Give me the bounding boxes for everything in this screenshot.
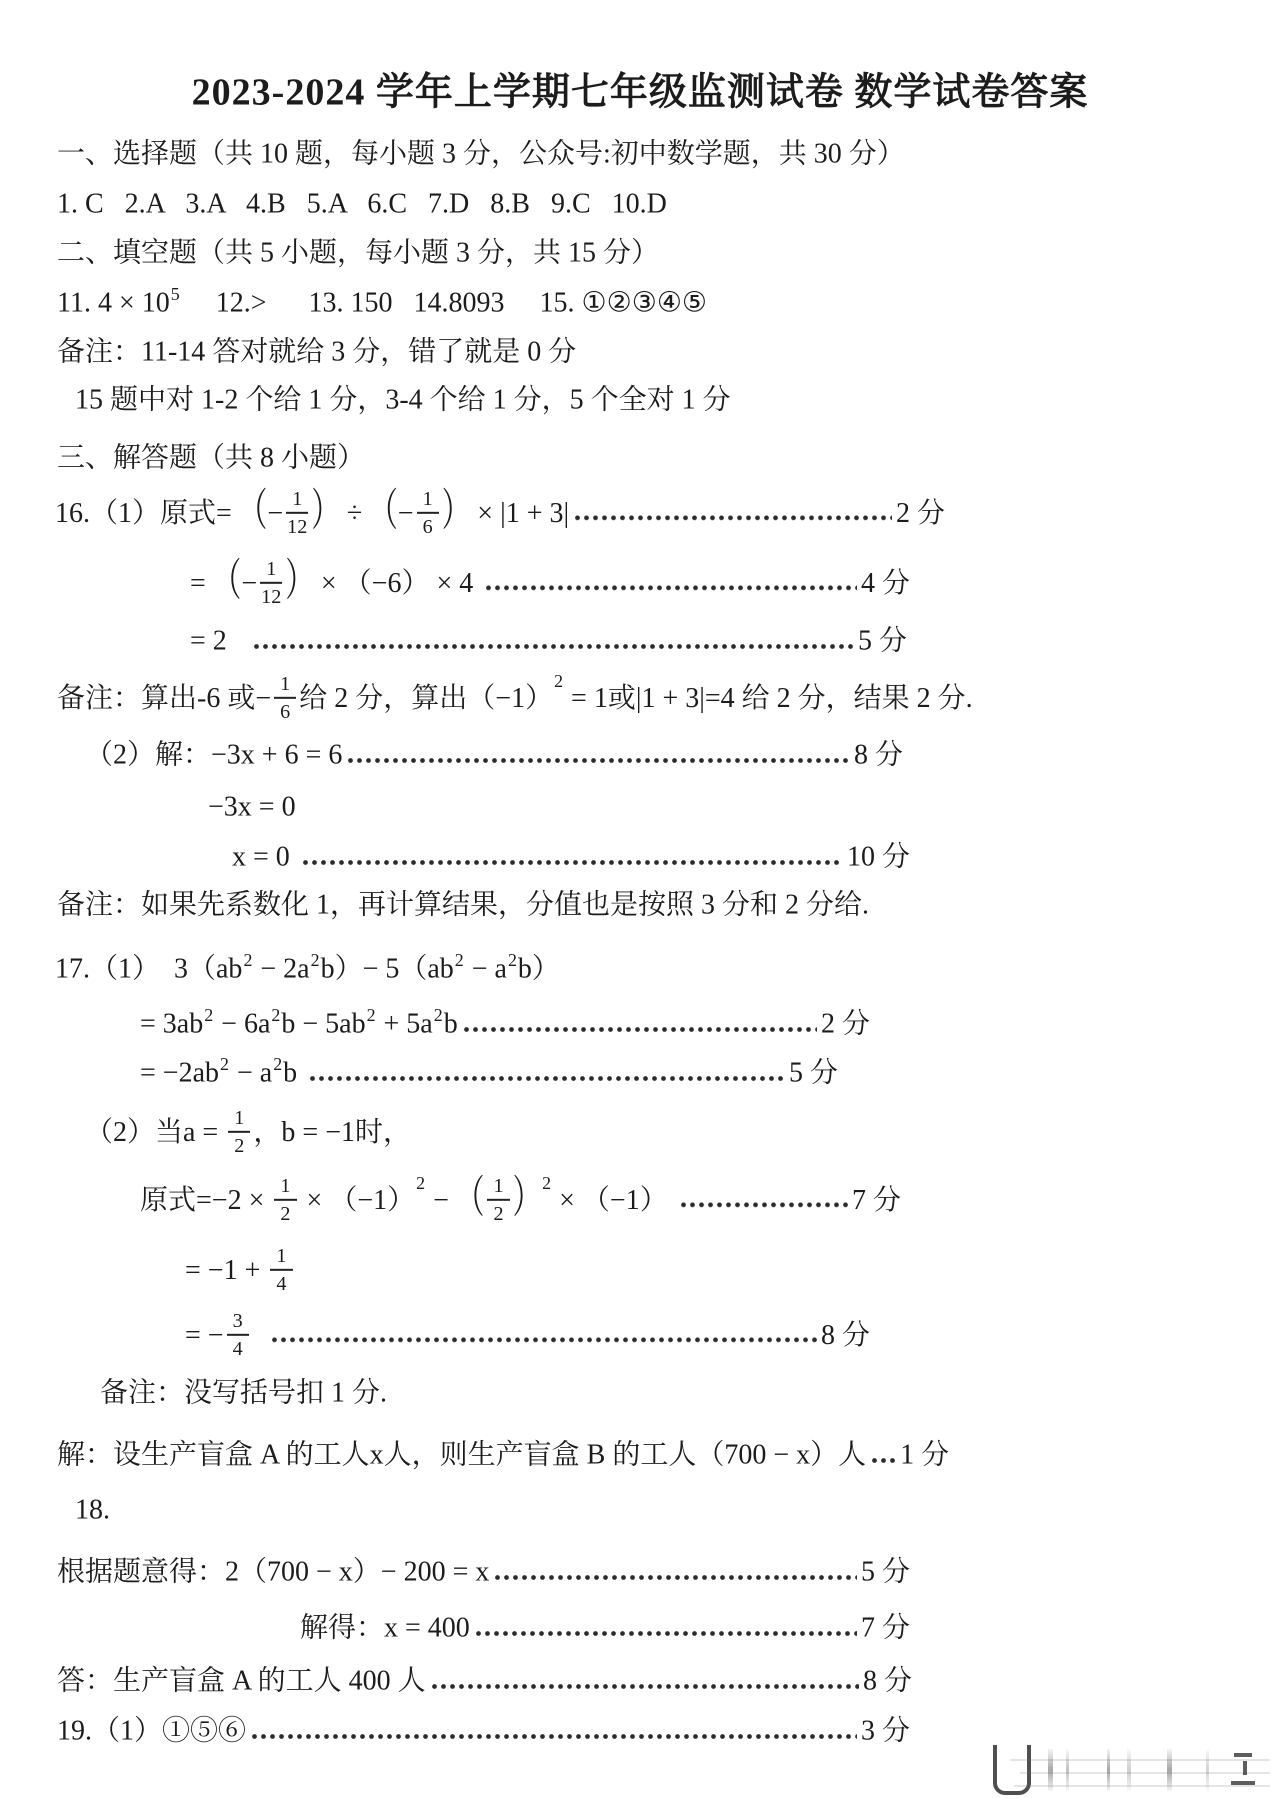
superscript: 2	[366, 1004, 377, 1026]
fraction-numerator: 1	[274, 1175, 296, 1201]
score-label: 8 分	[821, 1318, 870, 1353]
text-run: 解：设生产盲盒 A 的工人x人，则生产盲盒 B 的工人（700 − x）人	[57, 1438, 866, 1473]
superscript: 2	[270, 1004, 281, 1026]
text-run: = −1 +	[185, 1253, 267, 1288]
text-run: = −	[185, 1318, 224, 1353]
scan-artifact-mark	[1243, 1761, 1247, 1775]
note-fill-2: 15 题中对 1-2 个给 1 分，3-4 个给 1 分，5 个全对 1 分	[75, 383, 731, 418]
dotted-leader	[493, 1573, 857, 1581]
q17-1-step2: = −2ab2 − a2b 5 分	[140, 1056, 838, 1091]
note-fill-1: 备注：11-14 答对就给 3 分，错了就是 0 分	[57, 335, 576, 370]
superscript: 2	[541, 1172, 552, 1194]
score-label: 3 分	[861, 1714, 910, 1749]
text-run: 解得：x = 400	[300, 1611, 470, 1646]
q16-1-step2: = （−112） × （−6） × 4 4 分	[190, 558, 910, 608]
text-run: 备注：算出-6 或−	[57, 681, 271, 716]
big-paren: （	[213, 561, 242, 605]
q18-label: 18.	[75, 1493, 110, 1528]
dotted-leader	[346, 756, 850, 764]
q19-1-answer: 19.（1）①⑤⑥3 分	[57, 1714, 910, 1749]
text-run: 给 2 分，算出（−1）	[299, 681, 553, 716]
score-label: 8 分	[863, 1664, 912, 1699]
text-run: −	[426, 1183, 456, 1218]
text-run: 11. 4 × 10	[57, 286, 170, 321]
text-run: = 1或|1 + 3|=4 给 2 分，结果 2 分.	[564, 681, 973, 716]
dotted-leader	[679, 1201, 848, 1209]
text-run: 备注：11-14 答对就给 3 分，错了就是 0 分	[57, 335, 576, 370]
big-paren: ）	[442, 491, 471, 535]
fraction-denominator: 12	[261, 584, 281, 609]
fraction-denominator: 4	[276, 1271, 286, 1296]
q17-2-given: （2）当a = 12，b = −1时，	[85, 1107, 411, 1157]
fraction-numerator: 1	[270, 1245, 292, 1271]
text-run: − 2a	[253, 952, 309, 987]
fraction-numerator: 1	[228, 1107, 250, 1133]
text-run: b	[444, 1007, 458, 1042]
text-run: 备注：没写括号扣 1 分.	[100, 1376, 387, 1411]
q18-answer: 答：生产盲盒 A 的工人 400 人8 分	[57, 1664, 912, 1699]
fraction-denominator: 4	[233, 1336, 243, 1361]
score-label: 7 分	[861, 1611, 910, 1646]
text-run: 12.> 13. 150 14.8093 15. ①②③④⑤	[181, 286, 707, 321]
text-run: 一、选择题（共 10 题，每小题 3 分，公众号:初中数学题，共 30 分）	[57, 137, 905, 172]
score-label: 4 分	[861, 566, 910, 601]
text-run: − 6a	[214, 1007, 270, 1042]
text-run: 16.（1）原式=	[55, 496, 239, 531]
dotted-leader	[301, 858, 843, 866]
score-label: 5 分	[858, 624, 907, 659]
fraction-numerator: 1	[286, 488, 308, 514]
big-paren: ）	[513, 1178, 542, 1222]
scan-artifact	[990, 1745, 1280, 1807]
score-label: 5 分	[861, 1555, 910, 1590]
text-run: × （−1）	[552, 1183, 675, 1218]
score-label: 1 分	[900, 1438, 949, 1473]
q16-2-step1: （2）解：−3x + 6 = 68 分	[85, 738, 903, 773]
text-run: 17.（1） 3（ab	[55, 952, 242, 987]
q18-setup: 解：设生产盲盒 A 的工人x人，则生产盲盒 B 的工人（700 − x）人1 分	[57, 1438, 910, 1473]
fraction: 16	[274, 673, 296, 723]
note-q17: 备注：没写括号扣 1 分.	[100, 1376, 387, 1411]
fraction: 16	[417, 488, 439, 538]
section2-header: 二、填空题（共 5 小题，每小题 3 分，共 15 分）	[57, 236, 659, 271]
section3-header: 三、解答题（共 8 小题）	[57, 441, 365, 476]
score-label: 2 分	[821, 1007, 870, 1042]
superscript: 2	[553, 670, 564, 692]
text-run: b	[283, 1056, 304, 1091]
text-run	[252, 1318, 266, 1353]
text-run: （2）解：−3x + 6 = 6	[85, 738, 342, 773]
dotted-leader	[430, 1682, 859, 1690]
big-paren: ）	[285, 561, 314, 605]
scan-artifact-line	[1014, 1785, 1270, 1787]
score-label: 8 分	[854, 738, 903, 773]
q17-1-step1: = 3ab2 − 6a2b − 5ab2 + 5a2b2 分	[140, 1007, 870, 1042]
q16-1-step1: 16.（1）原式= （−112） ÷ （−16） × |1 + 3|2 分	[55, 488, 945, 538]
fraction-denominator: 6	[423, 514, 433, 539]
text-run: × （−1）	[300, 1183, 416, 1218]
text-run: 备注：如果先系数化 1，再计算结果，分值也是按照 3 分和 2 分给.	[57, 888, 869, 923]
fraction: 112	[260, 558, 282, 608]
fraction-numerator: 1	[274, 673, 296, 699]
fraction: 12	[487, 1175, 509, 1225]
text-run: b）− 5（ab	[321, 952, 454, 987]
choice-answers: 1. C 2.A 3.A 4.B 5.A 6.C 7.D 8.B 9.C 10.…	[57, 187, 667, 222]
fraction-numerator: 3	[227, 1310, 249, 1336]
big-paren: （	[369, 491, 398, 535]
text-run: b）	[518, 952, 560, 987]
fraction: 112	[286, 488, 308, 538]
text-run: 1. C 2.A 3.A 4.B 5.A 6.C 7.D 8.B 9.C 10.…	[57, 187, 667, 222]
fraction-numerator: 1	[487, 1175, 509, 1201]
scan-artifact-line	[1010, 1759, 1270, 1761]
fraction: 12	[228, 1107, 250, 1157]
fraction-denominator: 12	[287, 514, 307, 539]
dotted-leader	[308, 1074, 785, 1082]
document-title: 2023-2024 学年上学期七年级监测试卷 数学试卷答案	[0, 61, 1280, 116]
fraction-denominator: 2	[280, 1201, 290, 1226]
scan-artifact-mark	[1234, 1753, 1252, 1757]
dotted-leader	[484, 584, 857, 592]
q18-solve: 解得：x = 4007 分	[300, 1611, 910, 1646]
text-run: + 5a	[377, 1007, 433, 1042]
text-run: = −2ab	[140, 1056, 219, 1091]
dotted-leader	[270, 1336, 817, 1344]
text-run: − a	[465, 952, 507, 987]
q17-1-expr: 17.（1） 3（ab2 − 2a2b）− 5（ab2 − a2b）	[55, 952, 560, 987]
scan-artifact-line	[1020, 1772, 1270, 1774]
superscript: 2	[203, 1004, 214, 1026]
text-run: × |1 + 3|	[470, 496, 569, 531]
superscript: 2	[454, 949, 465, 971]
text-run: （2）当a =	[85, 1115, 225, 1150]
superscript: 2	[219, 1053, 230, 1075]
superscript: 2	[272, 1053, 283, 1075]
dotted-leader	[250, 1732, 857, 1740]
superscript: 2	[415, 1172, 426, 1194]
superscript: 5	[170, 283, 181, 305]
q17-2-step2: = −1 + 14	[185, 1245, 296, 1295]
fraction-denominator: 2	[493, 1201, 503, 1226]
q16-2-step2: −3x = 0	[208, 790, 296, 825]
fraction-numerator: 1	[260, 558, 282, 584]
text-run: b − 5ab	[281, 1007, 365, 1042]
scan-artifact-mark	[1231, 1781, 1255, 1785]
text-run: 二、填空题（共 5 小题，每小题 3 分，共 15 分）	[57, 236, 659, 271]
text-run: ÷	[340, 496, 369, 531]
text-run: 原式=−2 ×	[140, 1183, 271, 1218]
q16-1-step3: = 2 5 分	[190, 624, 907, 659]
fraction-denominator: 6	[280, 699, 290, 724]
dotted-leader	[252, 642, 854, 650]
q17-2-step1: 原式=−2 × 12 × （−1）2 − （12）2 × （−1） 7 分	[140, 1175, 901, 1225]
text-run: −	[398, 496, 414, 531]
text-run: =	[190, 566, 213, 601]
score-label: 7 分	[852, 1183, 901, 1218]
big-paren: （	[239, 491, 268, 535]
exam-answer-page: 2023-2024 学年上学期七年级监测试卷 数学试卷答案 一、选择题（共 10…	[0, 0, 1280, 1811]
note-q16-1: 备注：算出-6 或−16给 2 分，算出（−1）2 = 1或|1 + 3|=4 …	[57, 673, 973, 723]
score-label: 10 分	[847, 840, 910, 875]
big-paren: （	[456, 1178, 485, 1222]
text-run: 19.（1）①⑤⑥	[57, 1714, 246, 1749]
note-q16-2: 备注：如果先系数化 1，再计算结果，分值也是按照 3 分和 2 分给.	[57, 888, 869, 923]
superscript: 2	[310, 949, 321, 971]
text-run: × （−6） × 4	[314, 566, 480, 601]
text-run: − a	[230, 1056, 272, 1091]
text-run: 答：生产盲盒 A 的工人 400 人	[57, 1664, 426, 1699]
q16-2-step3: x = 0 10 分	[232, 840, 910, 875]
fraction-denominator: 2	[234, 1133, 244, 1158]
fraction: 34	[227, 1310, 249, 1360]
fraction-numerator: 1	[417, 488, 439, 514]
fraction: 14	[270, 1245, 292, 1295]
fraction: 12	[274, 1175, 296, 1225]
text-run: −	[241, 566, 257, 601]
dotted-leader	[462, 1025, 817, 1033]
text-run: = 2	[190, 624, 248, 659]
superscript: 2	[433, 1004, 444, 1026]
scan-artifact-u-shape	[993, 1745, 1031, 1795]
text-run: −3x = 0	[208, 790, 296, 825]
superscript: 2	[242, 949, 253, 971]
dotted-leader	[870, 1456, 896, 1464]
fill-answers: 11. 4 × 105 12.> 13. 150 14.8093 15. ①②③…	[57, 286, 707, 321]
section1-header: 一、选择题（共 10 题，每小题 3 分，公众号:初中数学题，共 30 分）	[57, 137, 905, 172]
dotted-leader	[573, 514, 892, 522]
text-run: ，b = −1时，	[253, 1115, 411, 1150]
text-run: 18.	[75, 1493, 110, 1528]
big-paren: ）	[311, 491, 340, 535]
text-run: x = 0	[232, 840, 297, 875]
score-label: 5 分	[789, 1056, 838, 1091]
q18-equation: 根据题意得：2（700 − x）− 200 = x5 分	[57, 1555, 910, 1590]
text-run: 15 题中对 1-2 个给 1 分，3-4 个给 1 分，5 个全对 1 分	[75, 383, 731, 418]
text-run: 三、解答题（共 8 小题）	[57, 441, 365, 476]
dotted-leader	[474, 1629, 857, 1637]
superscript: 2	[507, 949, 518, 971]
text-run: −	[267, 496, 283, 531]
text-run: 根据题意得：2（700 − x）− 200 = x	[57, 1555, 489, 1590]
q17-2-step3: = −34 8 分	[185, 1310, 870, 1360]
text-run: = 3ab	[140, 1007, 203, 1042]
score-label: 2 分	[896, 496, 945, 531]
